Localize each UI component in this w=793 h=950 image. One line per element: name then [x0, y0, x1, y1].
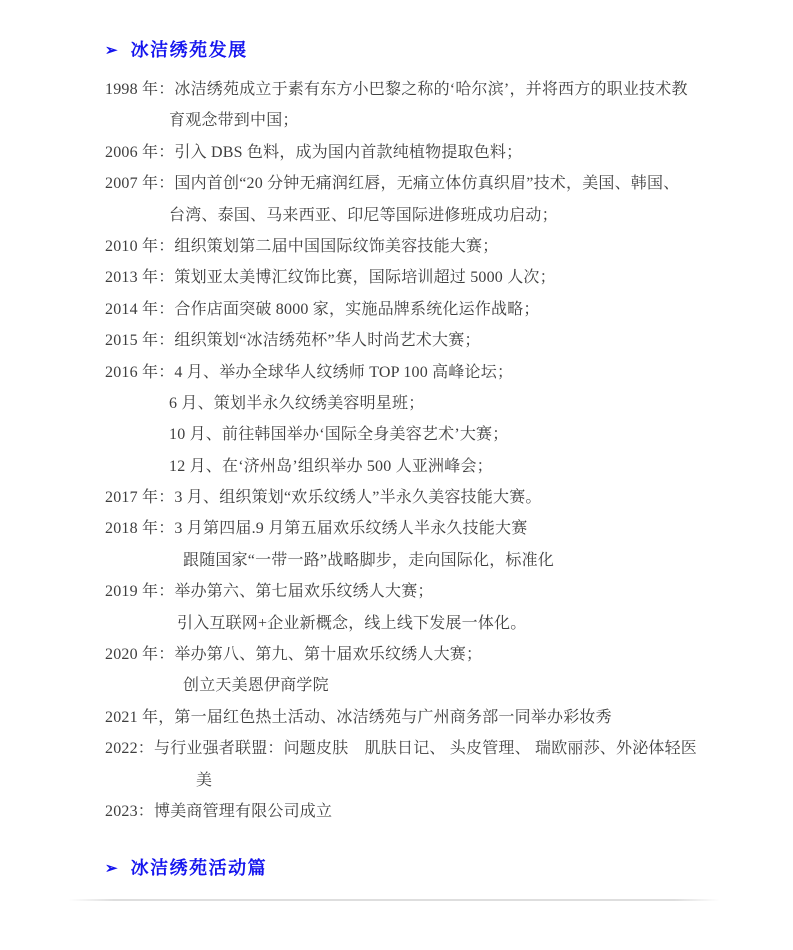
- page-break-divider: [68, 899, 720, 901]
- timeline-line: 创立天美恩伊商学院: [0, 670, 793, 701]
- arrowhead-bullet-icon: ➢: [105, 862, 118, 877]
- timeline-line-2022: 2022：与行业强者联盟：问题皮肤 肌肤日记、 头皮管理、 瑞欧丽莎、外泌体轻医: [0, 733, 793, 764]
- timeline-line-2016: 2016 年：4 月、举办全球华人纹绣师 TOP 100 高峰论坛；: [0, 357, 793, 388]
- timeline-line: 10 月、前往韩国举办‘国际全身美容艺术’大赛；: [0, 419, 793, 450]
- timeline-line: 育观念带到中国；: [0, 105, 793, 136]
- timeline-line-2017: 2017 年：3 月、组织策划“欢乐纹绣人”半永久美容技能大赛。: [0, 482, 793, 513]
- timeline-line: 台湾、泰国、马来西亚、印尼等国际进修班成功启动；: [0, 200, 793, 231]
- timeline-line-2014: 2014 年：合作店面突破 8000 家，实施品牌系统化运作战略；: [0, 294, 793, 325]
- section-heading-activities: ➢ 冰洁绣苑活动篇: [105, 858, 267, 880]
- timeline-line: 美: [0, 765, 793, 796]
- timeline-line-2010: 2010 年：组织策划第二届中国国际纹饰美容技能大赛；: [0, 231, 793, 262]
- timeline-line: 跟随国家“一带一路”战略脚步，走向国际化，标准化: [0, 545, 793, 576]
- timeline-line-2018: 2018 年：3 月第四届.9 月第五届欢乐纹绣人半永久技能大赛: [0, 513, 793, 544]
- timeline-line-2023: 2023：博美商管理有限公司成立: [0, 796, 793, 827]
- development-timeline: 1998 年：冰洁绣苑成立于素有东方小巴黎之称的‘哈尔滨’，并将西方的职业技术教…: [0, 74, 793, 827]
- timeline-line-2015: 2015 年：组织策划“冰洁绣苑杯”华人时尚艺术大赛；: [0, 325, 793, 356]
- timeline-line-2021: 2021 年，第一届红色热土活动、冰洁绣苑与广州商务部一同举办彩妆秀: [0, 702, 793, 733]
- document-page: ➢ 冰洁绣苑发展 1998 年：冰洁绣苑成立于素有东方小巴黎之称的‘哈尔滨’，并…: [0, 0, 793, 950]
- timeline-line-2013: 2013 年：策划亚太美博汇纹饰比赛，国际培训超过 5000 人次；: [0, 262, 793, 293]
- timeline-line-2006: 2006 年：引入 DBS 色料，成为国内首款纯植物提取色料；: [0, 137, 793, 168]
- timeline-line-2007: 2007 年：国内首创“20 分钟无痛润红唇，无痛立体仿真织眉”技术，美国、韩国…: [0, 168, 793, 199]
- section-title: 冰洁绣苑发展: [131, 40, 248, 62]
- timeline-line: 12 月、在‘济州岛’组织举办 500 人亚洲峰会；: [0, 451, 793, 482]
- timeline-line: 引入互联网+企业新概念，线上线下发展一体化。: [0, 608, 793, 639]
- timeline-line-1998: 1998 年：冰洁绣苑成立于素有东方小巴黎之称的‘哈尔滨’，并将西方的职业技术教: [0, 74, 793, 105]
- timeline-line-2019: 2019 年：举办第六、第七届欢乐纹绣人大赛；: [0, 576, 793, 607]
- section-heading-development: ➢ 冰洁绣苑发展: [105, 40, 248, 62]
- section-title: 冰洁绣苑活动篇: [131, 858, 268, 880]
- timeline-line: 6 月、策划半永久纹绣美容明星班；: [0, 388, 793, 419]
- arrowhead-bullet-icon: ➢: [105, 44, 118, 59]
- timeline-line-2020: 2020 年：举办第八、第九、第十届欢乐纹绣人大赛；: [0, 639, 793, 670]
